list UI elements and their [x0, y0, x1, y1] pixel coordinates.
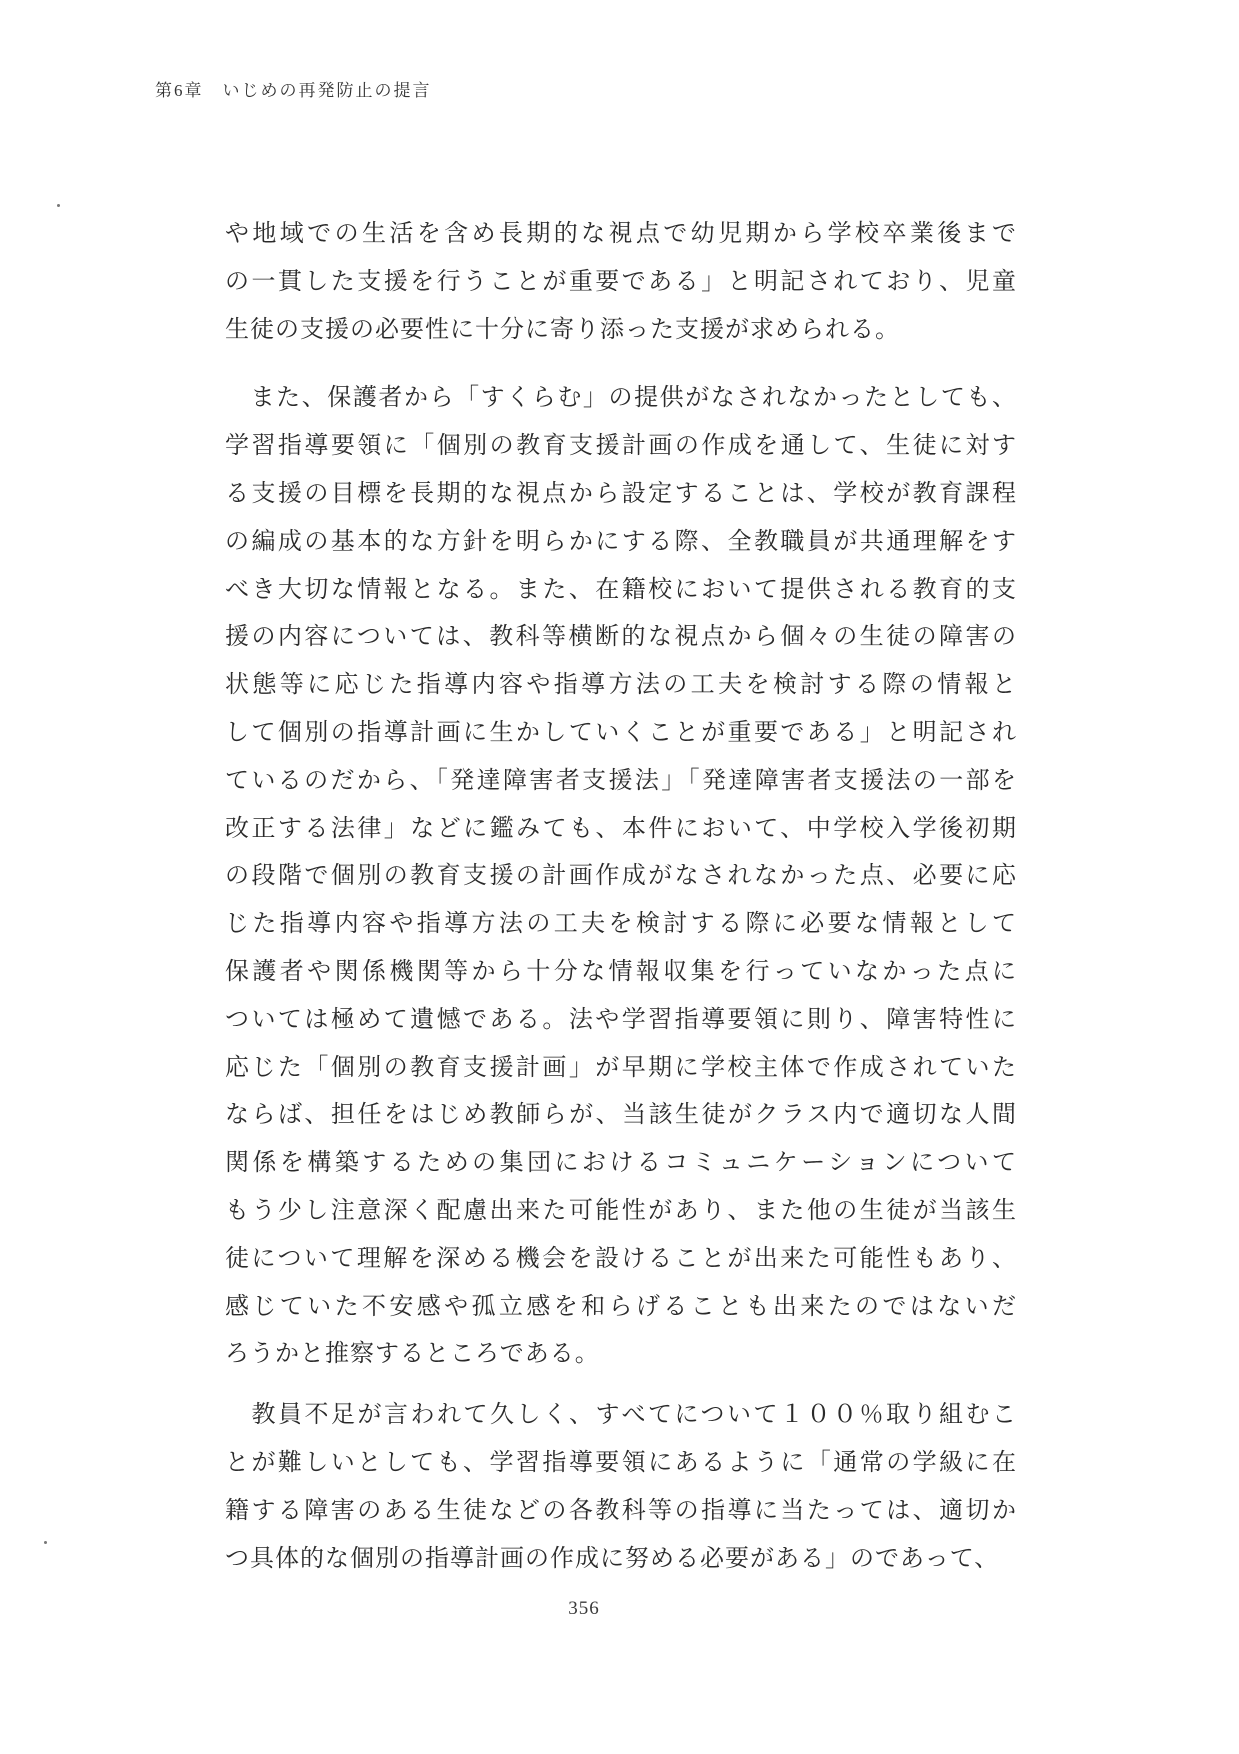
- text-line: べき大切な情報となる。また、在籍校において提供される教育的支: [225, 567, 1017, 615]
- text-line: 関係を構築するための集団におけるコミュニケーションについて: [225, 1140, 1017, 1188]
- paragraph-1: や地域での生活を含め長期的な視点で幼児期から学校卒業後までの一貫した支援を行うこ…: [225, 211, 1017, 354]
- text-line: 改正する法律」などに鑑みても、本件において、中学校入学後初期: [225, 806, 1017, 854]
- text-line: つ具体的な個別の指導計画の作成に努める必要がある」のであって、: [225, 1536, 1017, 1584]
- text-line: や地域での生活を含め長期的な視点で幼児期から学校卒業後まで: [225, 211, 1017, 259]
- text-line: の一貫した支援を行うことが重要である」と明記されており、児童: [225, 259, 1017, 307]
- text-line: とが難しいとしても、学習指導要領にあるように「通常の学級に在: [225, 1440, 1017, 1488]
- text-line: る支援の目標を長期的な視点から設定することは、学校が教育課程: [225, 471, 1017, 519]
- text-line: ろうかと推察するところである。: [225, 1331, 1017, 1379]
- text-line: ならば、担任をはじめ教師らが、当該生徒がクラス内で適切な人間: [225, 1092, 1017, 1140]
- text-line: 籍する障害のある生徒などの各教科等の指導に当たっては、適切か: [225, 1488, 1017, 1536]
- text-line: 状態等に応じた指導内容や指導方法の工夫を検討する際の情報と: [225, 662, 1017, 710]
- scan-artifact-dot: [44, 1541, 47, 1544]
- paragraph-3: 教員不足が言われて久しく、すべてについて１００％取り組むことが難しいとしても、学…: [225, 1392, 1017, 1583]
- paragraph-2: また、保護者から「すくらむ」の提供がなされなかったとしても、学習指導要領に「個別…: [225, 375, 1017, 1379]
- text-line: もう少し注意深く配慮出来た可能性があり、また他の生徒が当該生: [225, 1188, 1017, 1236]
- text-line: ついては極めて遺憾である。法や学習指導要領に則り、障害特性に: [225, 997, 1017, 1045]
- text-line: 生徒の支援の必要性に十分に寄り添った支援が求められる。: [225, 307, 1017, 355]
- text-line: 教員不足が言われて久しく、すべてについて１００％取り組むこ: [225, 1392, 1017, 1440]
- text-line: の段階で個別の教育支援の計画作成がなされなかった点、必要に応: [225, 853, 1017, 901]
- page-number: 356: [0, 1598, 1168, 1620]
- text-line: して個別の指導計画に生かしていくことが重要である」と明記され: [225, 710, 1017, 758]
- text-line: ているのだから、「発達障害者支援法」「発達障害者支援法の一部を: [225, 758, 1017, 806]
- scan-artifact-dot: [57, 204, 60, 207]
- text-line: 感じていた不安感や孤立感を和らげることも出来たのではないだ: [225, 1284, 1017, 1332]
- text-line: 応じた「個別の教育支援計画」が早期に学校主体で作成されていた: [225, 1045, 1017, 1093]
- text-line: 徒について理解を深める機会を設けることが出来た可能性もあり、: [225, 1236, 1017, 1284]
- text-line: の編成の基本的な方針を明らかにする際、全教職員が共通理解をす: [225, 519, 1017, 567]
- text-line: 保護者や関係機関等から十分な情報収集を行っていなかった点に: [225, 949, 1017, 997]
- chapter-header: 第6章 いじめの再発防止の提言: [155, 76, 432, 101]
- text-line: また、保護者から「すくらむ」の提供がなされなかったとしても、: [225, 375, 1017, 423]
- text-line: 援の内容については、教科等横断的な視点から個々の生徒の障害の: [225, 614, 1017, 662]
- text-line: 学習指導要領に「個別の教育支援計画の作成を通して、生徒に対す: [225, 423, 1017, 471]
- document-page: 第6章 いじめの再発防止の提言 や地域での生活を含め長期的な視点で幼児期から学校…: [0, 0, 1239, 1754]
- body-text: や地域での生活を含め長期的な視点で幼児期から学校卒業後までの一貫した支援を行うこ…: [225, 211, 1017, 1583]
- text-line: じた指導内容や指導方法の工夫を検討する際に必要な情報として: [225, 901, 1017, 949]
